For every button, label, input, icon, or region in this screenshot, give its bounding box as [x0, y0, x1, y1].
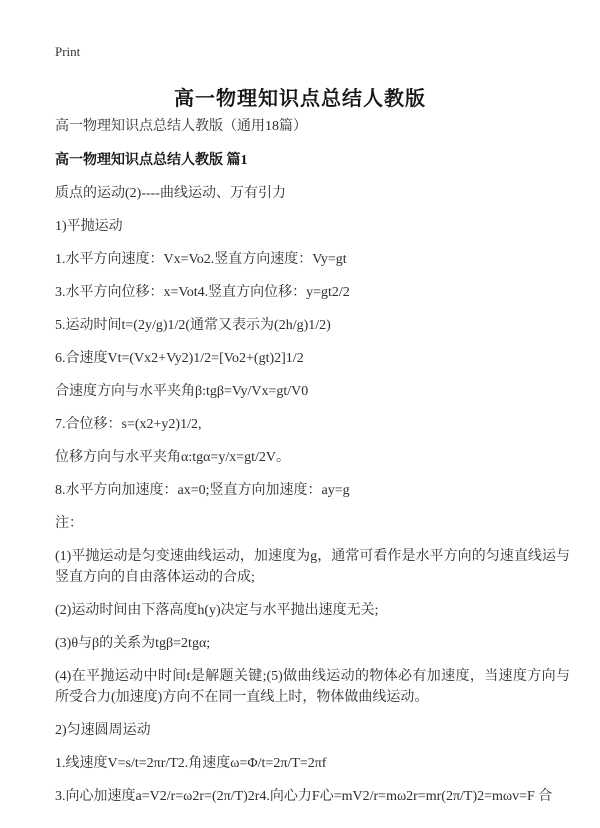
- paragraph: 3.水平方向位移：x=Vot4.竖直方向位移：y=gt2/2: [55, 282, 570, 303]
- print-button[interactable]: Print: [55, 44, 80, 60]
- paragraph: 2)匀速圆周运动: [55, 720, 570, 741]
- subtitle: 高一物理知识点总结人教版（通用18篇）: [55, 116, 570, 137]
- paragraph: 位移方向与水平夹角α:tgα=y/x=gt/2V。: [55, 447, 570, 468]
- document-body: 高一物理知识点总结人教版（通用18篇） 高一物理知识点总结人教版 篇1 质点的运…: [55, 116, 570, 819]
- section-heading: 高一物理知识点总结人教版 篇1: [55, 150, 570, 171]
- paragraph: 1.水平方向速度：Vx=Vo2.竖直方向速度：Vy=gt: [55, 249, 570, 270]
- paragraph: (1)平抛运动是匀变速曲线运动，加速度为g，通常可看作是水平方向的匀速直线运与竖…: [55, 546, 570, 588]
- paragraph-list: 质点的运动(2)----曲线运动、万有引力1)平抛运动1.水平方向速度：Vx=V…: [55, 183, 570, 807]
- paragraph: 8.水平方向加速度：ax=0;竖直方向加速度：ay=g: [55, 480, 570, 501]
- paragraph: 1.线速度V=s/t=2πr/T2.角速度ω=Φ/t=2π/T=2πf: [55, 753, 570, 774]
- paragraph: 6.合速度Vt=(Vx2+Vy2)1/2=[Vo2+(gt)2]1/2: [55, 348, 570, 369]
- paragraph: 3.向心加速度a=V2/r=ω2r=(2π/T)2r4.向心力F心=mV2/r=…: [55, 786, 570, 807]
- paragraph: (2)运动时间由下落高度h(y)决定与水平抛出速度无关;: [55, 600, 570, 621]
- paragraph: 合速度方向与水平夹角β:tgβ=Vy/Vx=gt/V0: [55, 381, 570, 402]
- paragraph: (3)θ与β的关系为tgβ=2tgα;: [55, 633, 570, 654]
- paragraph: (4)在平抛运动中时间t是解题关键;(5)做曲线运动的物体必有加速度，当速度方向…: [55, 666, 570, 708]
- document-page: Print 高一物理知识点总结人教版 高一物理知识点总结人教版（通用18篇） 高…: [0, 0, 600, 828]
- page-title: 高一物理知识点总结人教版: [0, 82, 600, 111]
- paragraph: 质点的运动(2)----曲线运动、万有引力: [55, 183, 570, 204]
- paragraph: 5.运动时间t=(2y/g)1/2(通常又表示为(2h/g)1/2): [55, 315, 570, 336]
- paragraph: 注：: [55, 513, 570, 534]
- paragraph: 1)平抛运动: [55, 216, 570, 237]
- paragraph: 7.合位移：s=(x2+y2)1/2,: [55, 414, 570, 435]
